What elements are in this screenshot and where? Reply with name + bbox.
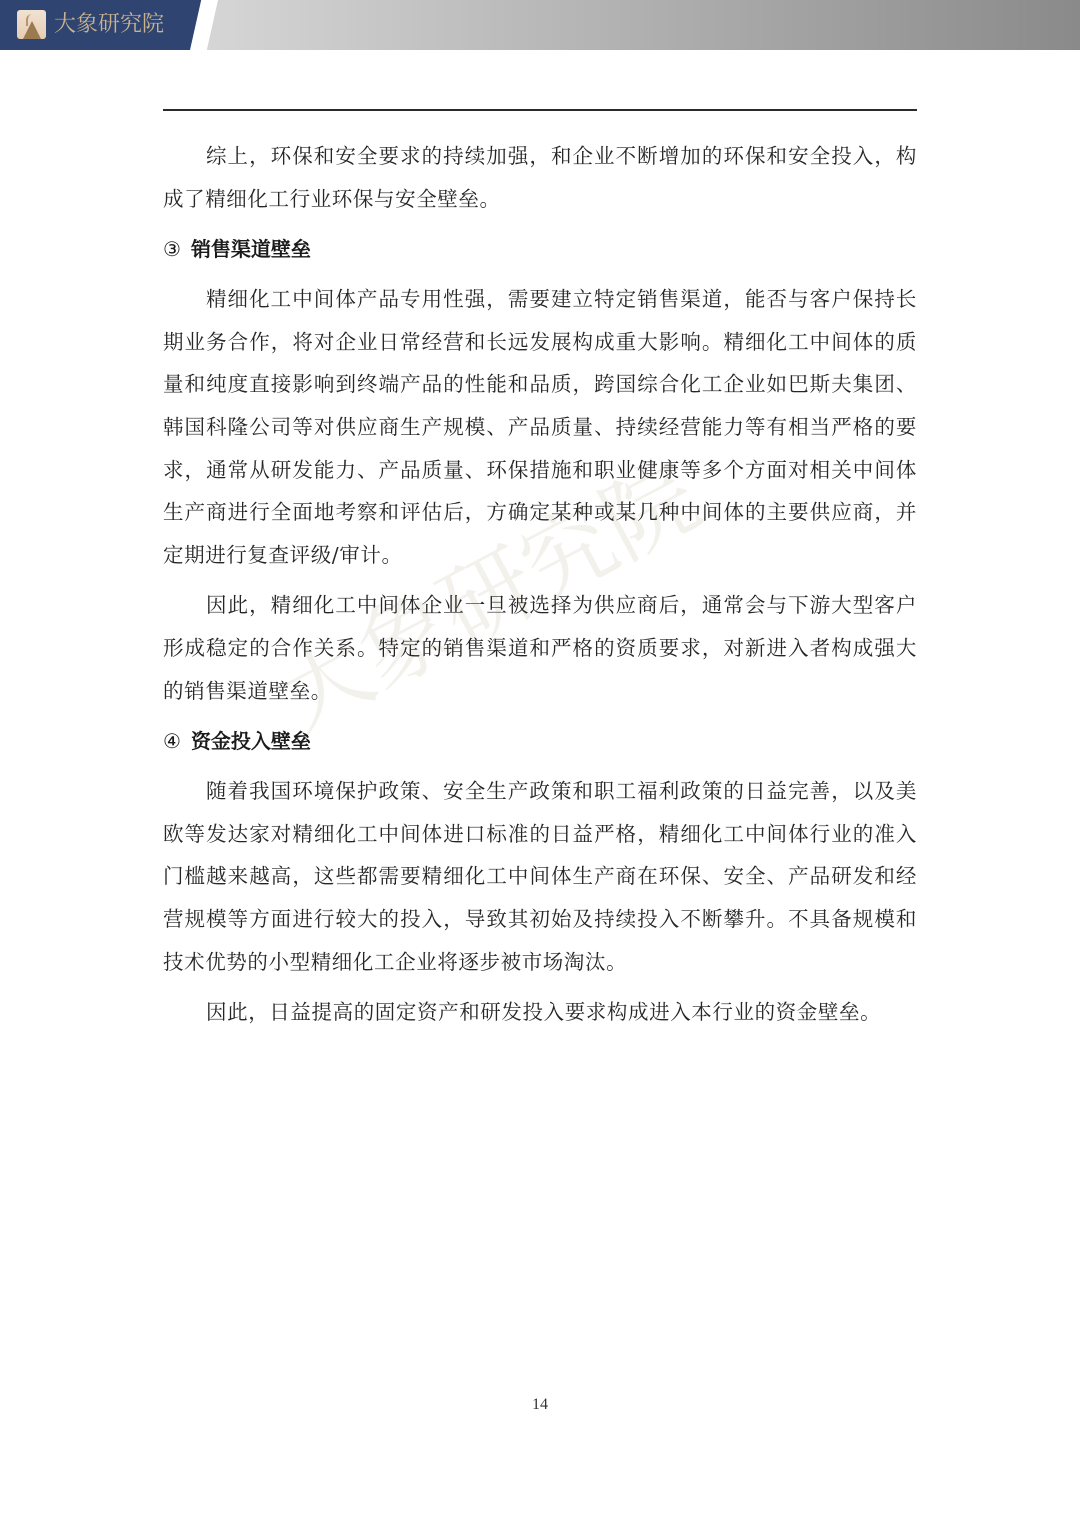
body-paragraph: 精细化工中间体产品专用性强，需要建立特定销售渠道，能否与客户保持长期业务合作，将… bbox=[163, 278, 917, 576]
section-number: ④ bbox=[163, 729, 181, 753]
document-body: 综上，环保和安全要求的持续加强，和企业不断增加的环保和安全投入，构成了精细化工行… bbox=[163, 135, 917, 1042]
header-rule bbox=[163, 109, 917, 111]
body-paragraph: 随着我国环境保护政策、安全生产政策和职工福利政策的日益完善，以及美欧等发达家对精… bbox=[163, 770, 917, 983]
section-heading-capital: ④资金投入壁垒 bbox=[163, 720, 917, 762]
section-number: ③ bbox=[163, 237, 181, 261]
page-number: 14 bbox=[0, 1396, 1080, 1414]
logo-peak-shape bbox=[23, 21, 41, 39]
brand-name: 大象研究院 bbox=[54, 10, 164, 40]
elephant-mountain-logo-icon bbox=[17, 10, 46, 39]
section-title: 销售渠道壁垒 bbox=[191, 237, 311, 261]
intro-paragraph: 综上，环保和安全要求的持续加强，和企业不断增加的环保和安全投入，构成了精细化工行… bbox=[163, 135, 917, 220]
section-title: 资金投入壁垒 bbox=[191, 729, 311, 753]
body-paragraph: 因此，日益提高的固定资产和研发投入要求构成进入本行业的资金壁垒。 bbox=[163, 991, 917, 1034]
body-paragraph: 因此，精细化工中间体企业一旦被选择为供应商后，通常会与下游大型客户形成稳定的合作… bbox=[163, 584, 917, 712]
section-heading-sales-channel: ③销售渠道壁垒 bbox=[163, 228, 917, 270]
